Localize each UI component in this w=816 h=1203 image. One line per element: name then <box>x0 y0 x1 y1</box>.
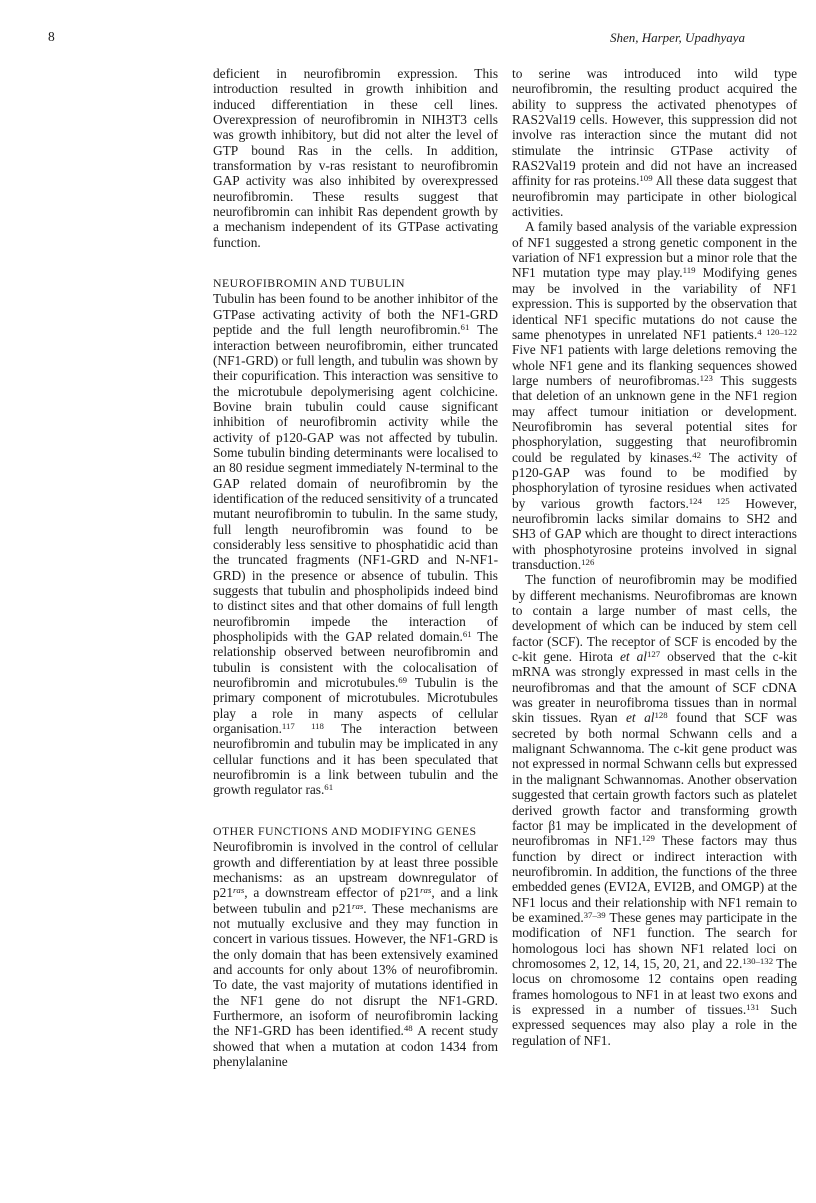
text-segment: deficient in neurofibromin expression. T… <box>213 66 498 250</box>
text-column-right: to serine was introduced into wild type … <box>512 66 797 1048</box>
reference-superscript: 129 <box>642 833 655 843</box>
reference-superscript: 42 <box>692 450 701 460</box>
reference-superscript: ras <box>420 885 431 895</box>
text-segment: found that SCF was secreted by both norm… <box>512 710 797 848</box>
reference-superscript: 61 <box>463 629 472 639</box>
journal-page: 8 Shen, Harper, Upadhyaya deficient in n… <box>0 0 816 1203</box>
text-segment: . These mechanisms are not mutually excl… <box>213 901 498 1039</box>
paragraph: The function of neurofibromin may be mod… <box>512 572 797 1048</box>
reference-superscript: 131 <box>746 1002 759 1012</box>
text-column-left: deficient in neurofibromin expression. T… <box>213 66 498 1069</box>
reference-superscript: 109 <box>639 173 652 183</box>
paragraph: Tubulin has been found to be another inh… <box>213 291 498 797</box>
reference-superscript: 117 118 <box>282 721 324 731</box>
reference-superscript: 123 <box>700 373 713 383</box>
reference-superscript: 126 <box>581 557 594 567</box>
reference-superscript: 4 120–122 <box>757 327 797 337</box>
section-heading: OTHER FUNCTIONS AND MODIFYING GENES <box>213 824 498 839</box>
page-number: 8 <box>48 30 55 44</box>
paragraph: Neurofibromin is involved in the control… <box>213 839 498 1069</box>
reference-superscript: 124 125 <box>689 496 730 506</box>
reference-superscript: 61 <box>461 322 470 332</box>
paragraph: A family based analysis of the variable … <box>512 219 797 572</box>
reference-superscript: 37–39 <box>584 910 606 920</box>
text-segment: , a downstream effector of p21 <box>244 885 420 900</box>
reference-superscript: 128 <box>654 710 667 720</box>
text-segment: to serine was introduced into wild type … <box>512 66 797 188</box>
section-heading: NEUROFIBROMIN AND TUBULIN <box>213 276 498 291</box>
text-segment: Tubulin has been found to be another inh… <box>213 291 498 337</box>
text-segment: The interaction between neurofibromin, e… <box>213 322 498 644</box>
reference-superscript: 130–132 <box>742 956 773 966</box>
reference-superscript: 61 <box>324 782 333 792</box>
reference-superscript: 127 <box>647 649 660 659</box>
reference-superscript: ras <box>233 885 244 895</box>
reference-superscript: 48 <box>404 1023 413 1033</box>
text-segment: et al <box>620 649 647 664</box>
running-head: Shen, Harper, Upadhyaya <box>610 31 745 45</box>
reference-superscript: 119 <box>683 265 696 275</box>
text-segment: et al <box>626 710 654 725</box>
reference-superscript: 69 <box>398 675 407 685</box>
paragraph: deficient in neurofibromin expression. T… <box>213 66 498 250</box>
paragraph: to serine was introduced into wild type … <box>512 66 797 219</box>
reference-superscript: ras <box>352 901 363 911</box>
